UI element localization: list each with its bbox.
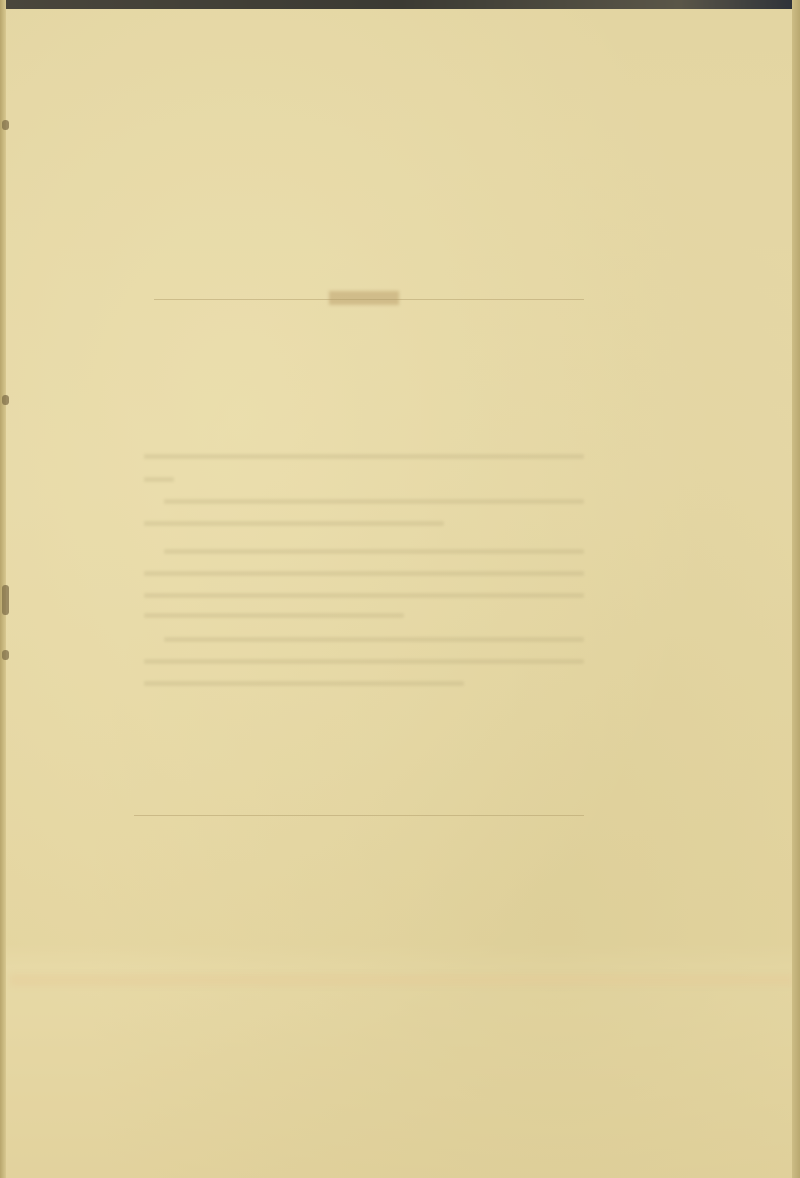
document-page [4, 9, 794, 1178]
ghost-text-line [144, 681, 464, 686]
ghost-text-line [144, 659, 584, 664]
ghost-text-line [164, 637, 584, 642]
binding-tear [2, 585, 9, 615]
ghost-text-line [164, 549, 584, 554]
binding-hole [2, 120, 9, 130]
header-smudge [329, 291, 399, 305]
ghost-text-line [144, 477, 174, 482]
ghost-text-line [144, 613, 404, 618]
page-right-edge [792, 0, 800, 1178]
ghost-text-line [144, 571, 584, 576]
binding-hole [2, 650, 9, 660]
footer-rule [134, 815, 584, 816]
ghost-text-line [144, 593, 584, 598]
ghost-text-line [144, 454, 584, 459]
header-rule [154, 299, 584, 300]
binding-hole [2, 395, 9, 405]
ghost-text-line [164, 499, 584, 504]
ghost-text-line [144, 521, 444, 526]
paper-discoloration-band [10, 974, 794, 986]
